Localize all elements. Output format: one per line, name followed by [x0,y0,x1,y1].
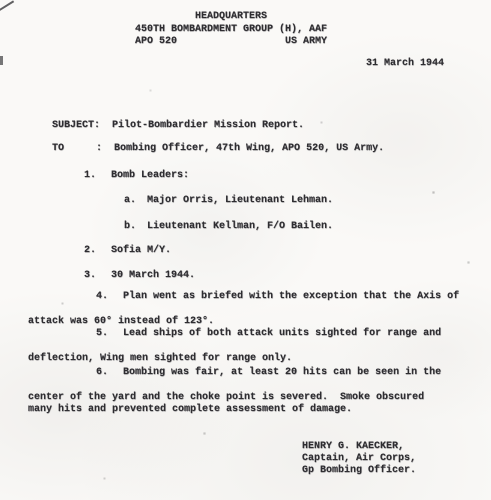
to-label: TO [52,143,96,155]
letterhead-branch: US ARMY [285,36,327,49]
item-6-number: 6. [96,367,108,379]
letterhead: HEADQUARTERS 450TH BOMBARDMENT GROUP (H)… [135,11,327,49]
subject-text: Pilot-Bombardier Mission Report. [112,120,304,131]
item-1-number: 1. [84,170,96,182]
letterhead-headquarters: HEADQUARTERS [135,11,327,24]
item-2-text: Sofia M/Y. [111,245,171,256]
item-1a-letter: a. [124,195,136,207]
item-2-number: 2. [84,245,96,257]
scan-edge-artifact [0,0,14,11]
letterhead-apo: APO 520 [135,36,177,49]
signature-name: HENRY G. KAECKER, [302,441,416,453]
item-6-paragraph: 6.Bombing was fair, at least 20 hits can… [28,355,453,416]
to-colon: : [96,143,102,155]
scan-noise-specks [0,0,1,1]
item-1b-text: Lieutenant Kellman, F/O Bailen. [147,221,333,232]
scanned-mission-report: HEADQUARTERS 450TH BOMBARDMENT GROUP (H)… [0,0,491,500]
item-1b-letter: b. [124,221,136,233]
to-text: Bombing Officer, 47th Wing, APO 520, US … [114,143,384,154]
letterhead-group-line: 450TH BOMBARDMENT GROUP (H), AAF [135,24,327,37]
item-6-line3: many hits and prevented complete assessm… [28,404,453,416]
signature-role: Gp Bombing Officer. [302,465,416,477]
date-line: 31 March 1944 [366,58,444,70]
item-6-line1: Bombing was fair, at least 20 hits can b… [123,367,441,378]
item-5-number: 5. [96,328,108,340]
signature-block: HENRY G. KAECKER, Captain, Air Corps, Gp… [302,441,416,478]
signature-rank: Captain, Air Corps, [302,453,416,465]
scan-edge-mark [0,56,3,65]
item-5-line1: Lead ships of both attack units sighted … [123,328,441,339]
item-1-text: Bomb Leaders: [111,170,189,181]
item-1a-text: Major Orris, Lieutenant Lehman. [147,195,333,206]
item-6-line2: center of the yard and the choke point i… [28,392,453,404]
item-4-line1: Plan went as briefed with the exception … [123,291,459,302]
item-4-number: 4. [96,291,108,303]
